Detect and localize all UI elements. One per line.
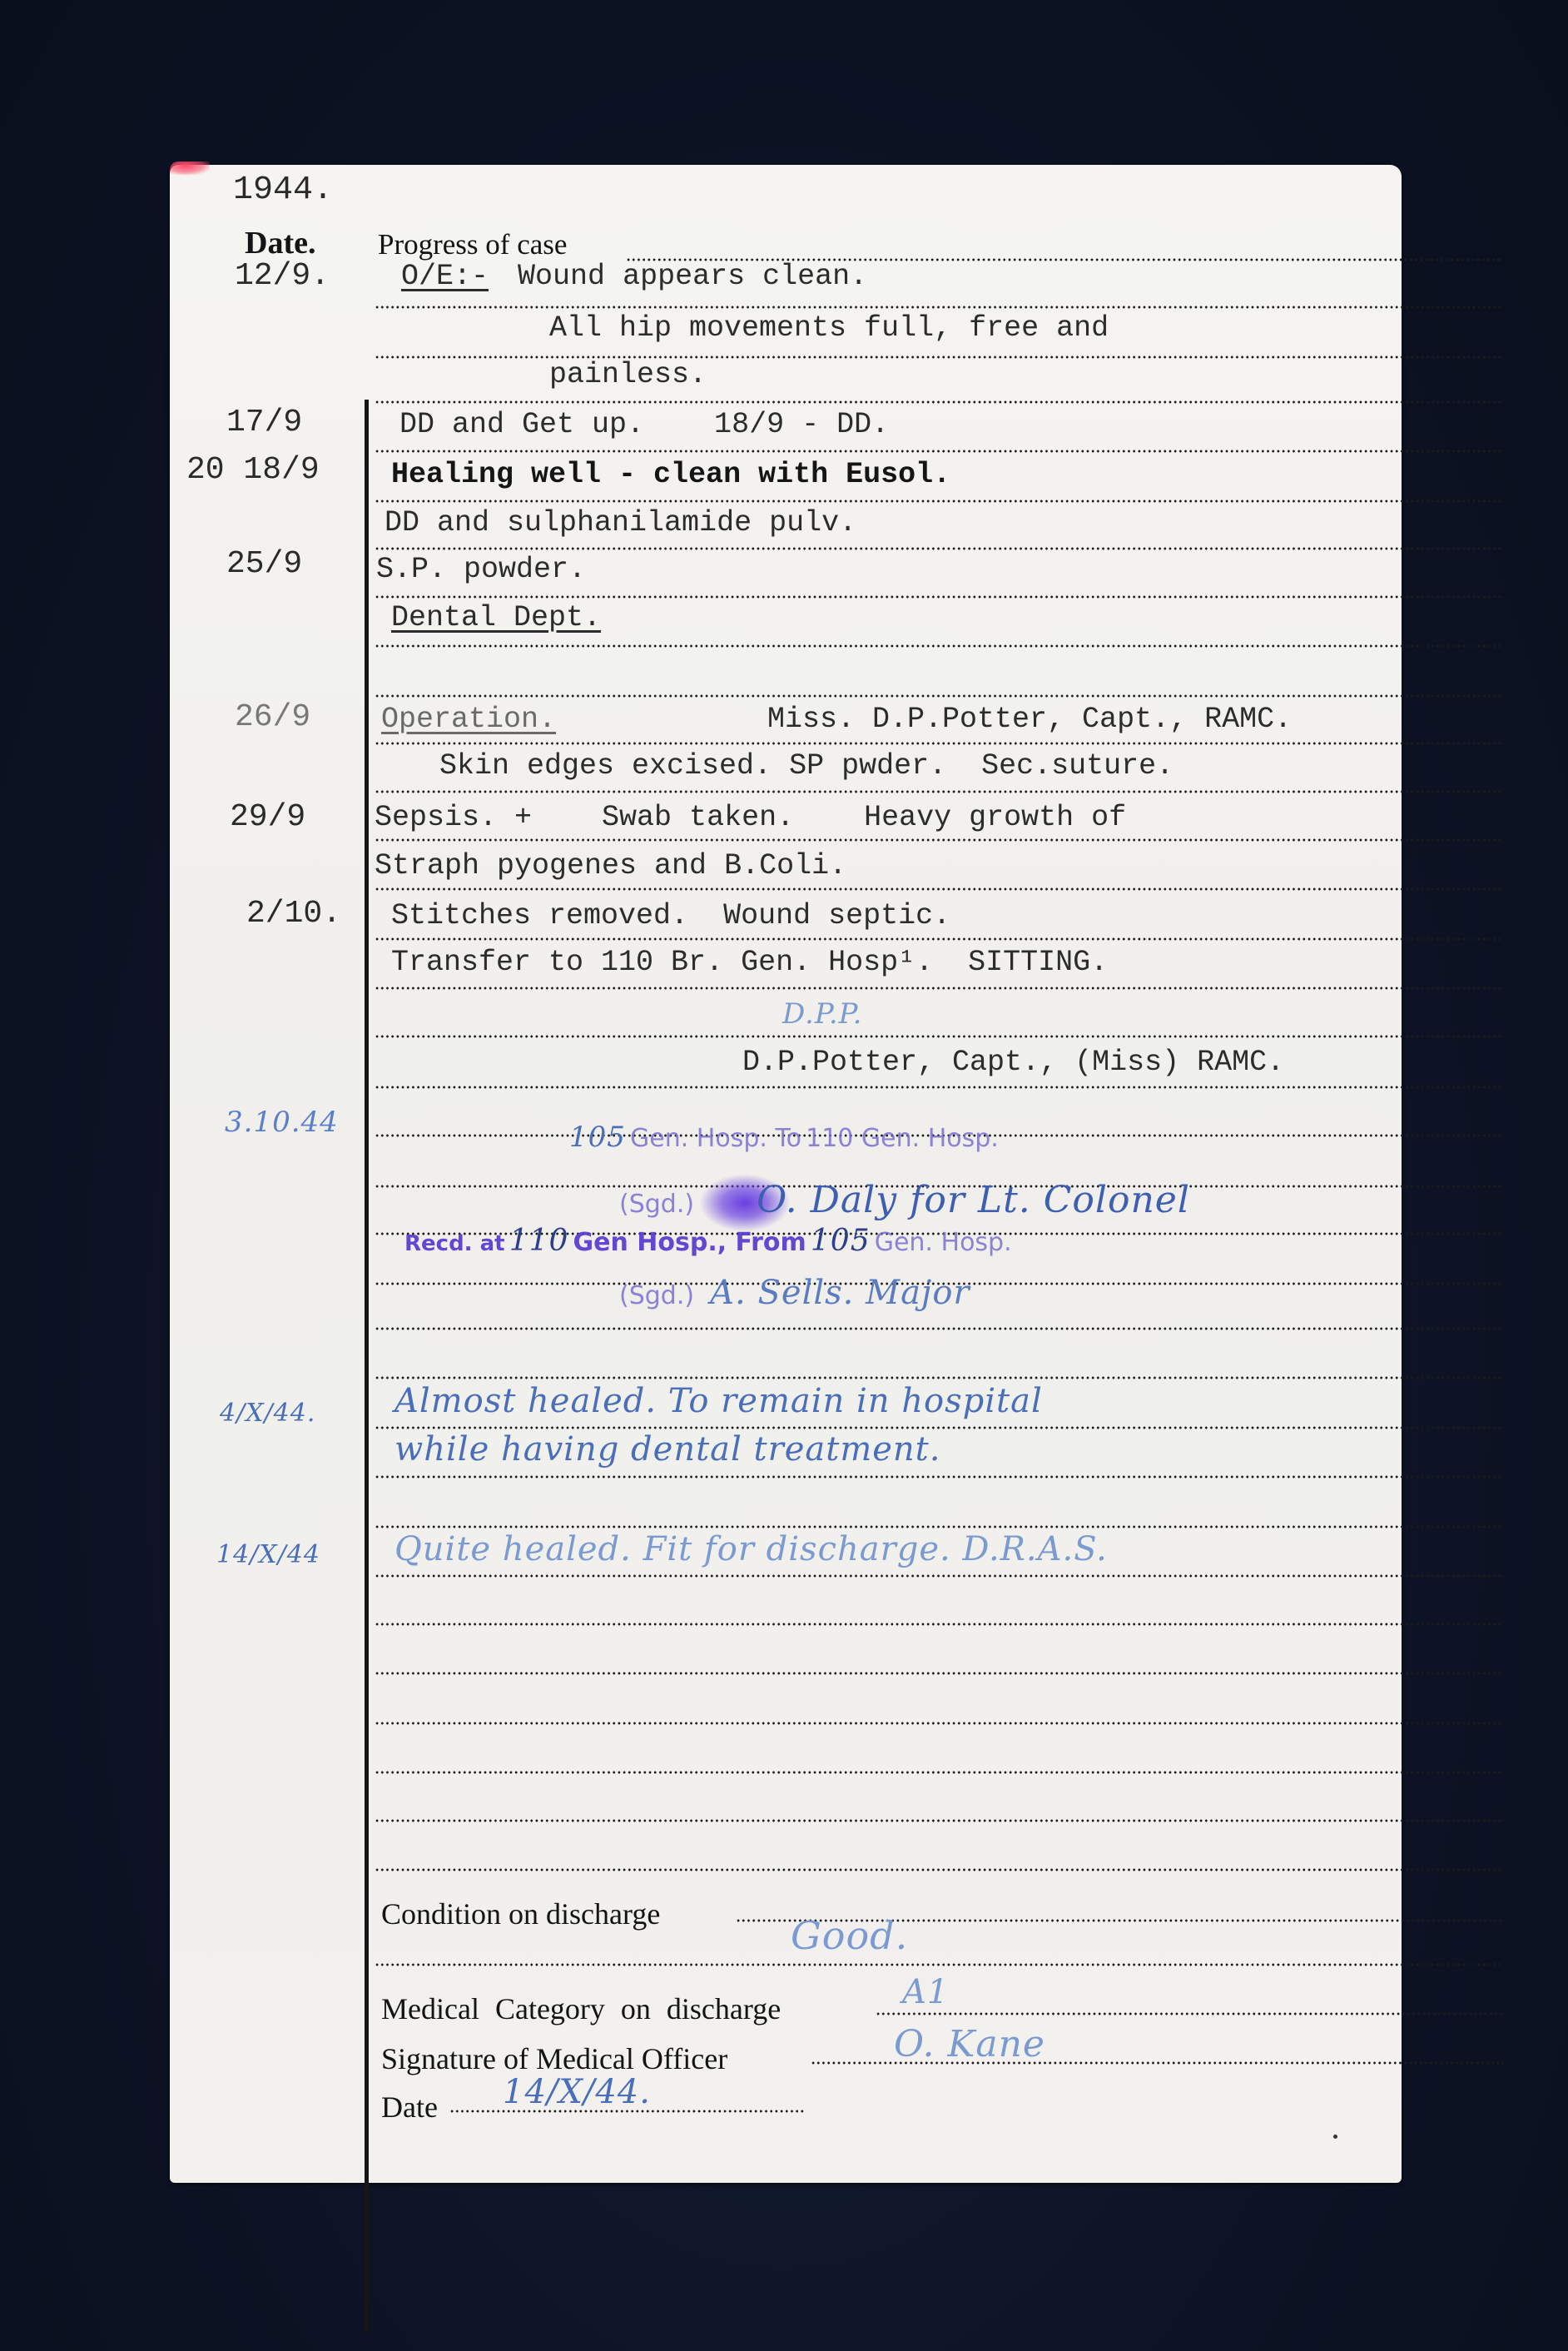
- entry-date: 26/9: [235, 699, 310, 735]
- year-label: 1944.: [233, 171, 333, 209]
- handwritten-line: while having dental treatment.: [394, 1430, 940, 1469]
- dotted-rule: [375, 1525, 1503, 1528]
- oe-prefix: O/E:-: [401, 260, 489, 293]
- entry-date: 12/9.: [235, 258, 330, 294]
- date-value: 14/X/44.: [503, 2073, 651, 2111]
- paper-speck: [1333, 2135, 1337, 2139]
- transfer-stamp-sign-2: (Sgd.) A. Sells. Major: [619, 1274, 970, 1312]
- handwritten-date: 14/X/44: [216, 1540, 320, 1569]
- dotted-rule: [375, 1086, 1503, 1089]
- dotted-rule: [375, 400, 1503, 404]
- progress-line: Skin edges excised. SP pwder. Sec.suture…: [439, 749, 1174, 783]
- handwritten-line: Almost healed. To remain in hospital: [394, 1382, 1043, 1420]
- progress-header: Progress of case: [378, 228, 567, 261]
- transfer-stamp-sign-1: (Sgd.) O. Daly for Lt. Colonel: [619, 1179, 1190, 1221]
- dotted-rule: [375, 1722, 1503, 1725]
- dotted-rule: [375, 742, 1503, 745]
- progress-line: Transfer to 110 Br. Gen. Hosp¹. SITTING.: [391, 946, 1108, 979]
- dotted-rule: [375, 1426, 1503, 1429]
- transfer-stamp-line-2: Recd. at 110 Gen Hosp., From 105 Gen. Ho…: [404, 1224, 1012, 1258]
- handwritten-line: Quite healed. Fit for discharge. D.R.A.S…: [394, 1530, 1108, 1568]
- entry-date: 25/9: [226, 546, 302, 582]
- dotted-rule: [375, 306, 1503, 309]
- progress-line: Sepsis. + Swab taken. Heavy growth of: [375, 801, 1126, 834]
- progress-line: DD and Get up. 18/9 - DD.: [399, 408, 889, 441]
- dotted-rule: [375, 987, 1503, 990]
- officer-initials: D.P.P.: [782, 997, 862, 1031]
- progress-line: Stitches removed. Wound septic.: [391, 899, 950, 932]
- progress-line: All hip movements full, free and: [549, 311, 1109, 345]
- dotted-rule: [375, 694, 1503, 698]
- dotted-rule: [375, 1327, 1503, 1330]
- dotted-rule: [375, 1376, 1503, 1379]
- dotted-rule: [375, 1771, 1503, 1774]
- column-divider: [365, 400, 369, 2333]
- progress-line: O/E:- Wound appears clean.: [401, 260, 867, 293]
- dotted-rule: [375, 790, 1503, 793]
- date-column-header: Date.: [245, 225, 315, 261]
- dotted-rule: [375, 887, 1503, 891]
- progress-line: Operation.: [381, 703, 556, 736]
- condition-label: Condition on discharge: [381, 1896, 660, 1931]
- dotted-rule: [375, 1623, 1503, 1626]
- progress-line: painless.: [549, 358, 707, 391]
- officer-typed-name: D.P.Potter, Capt., (Miss) RAMC.: [742, 1046, 1284, 1079]
- progress-line: Straph pyogenes and B.Coli.: [375, 849, 846, 882]
- entry-date: 17/9: [226, 405, 302, 440]
- condition-value: Good.: [791, 1913, 908, 1958]
- dotted-rule: [375, 355, 1503, 359]
- dotted-rule: [375, 500, 1503, 503]
- category-value: A1: [902, 1973, 949, 2011]
- dotted-rule: [375, 595, 1503, 599]
- dotted-rule: [375, 450, 1503, 453]
- transfer-date: 3.10.44: [225, 1106, 339, 1139]
- dotted-rule: [375, 1868, 1503, 1871]
- entry-date: 2/10.: [246, 896, 341, 932]
- dotted-rule: [375, 1035, 1503, 1038]
- handwritten-date: 4/X/44.: [220, 1399, 315, 1428]
- dotted-rule: [375, 547, 1503, 550]
- progress-line: S.P. powder.: [376, 553, 586, 586]
- category-label: Medical Category on discharge: [381, 1991, 781, 2026]
- dotted-rule: [375, 1963, 1503, 1966]
- progress-line: Healing well - clean with Eusol.: [391, 458, 950, 491]
- red-ink-mark: [170, 162, 210, 175]
- dotted-rule: [375, 1819, 1503, 1822]
- signature-value: O. Kane: [894, 2023, 1045, 2065]
- progress-line: DD and sulphanilamide pulv.: [385, 506, 856, 539]
- dotted-rule: [375, 1475, 1503, 1479]
- transfer-stamp-line-1: 105 Gen. Hosp. To 110 Gen. Hosp.: [569, 1121, 999, 1154]
- operating-surgeon: Miss. D.P.Potter, Capt., RAMC.: [767, 703, 1292, 736]
- dotted-rule: [375, 1574, 1503, 1578]
- dotted-rule: [375, 937, 1503, 941]
- progress-line: Dental Dept.: [391, 601, 601, 634]
- date-label: Date: [381, 2090, 438, 2125]
- dotted-rule: [876, 2012, 1503, 2015]
- dotted-rule: [375, 644, 1503, 648]
- dotted-rule: [375, 1672, 1503, 1675]
- entry-date: 20 18/9: [186, 452, 320, 488]
- entry-date: 29/9: [230, 799, 305, 835]
- dotted-rule: [375, 838, 1503, 842]
- medical-case-sheet: 1944. Date. Progress of case 12/9. 17/9 …: [170, 165, 1402, 2183]
- signature-label: Signature of Medical Officer: [381, 2041, 727, 2076]
